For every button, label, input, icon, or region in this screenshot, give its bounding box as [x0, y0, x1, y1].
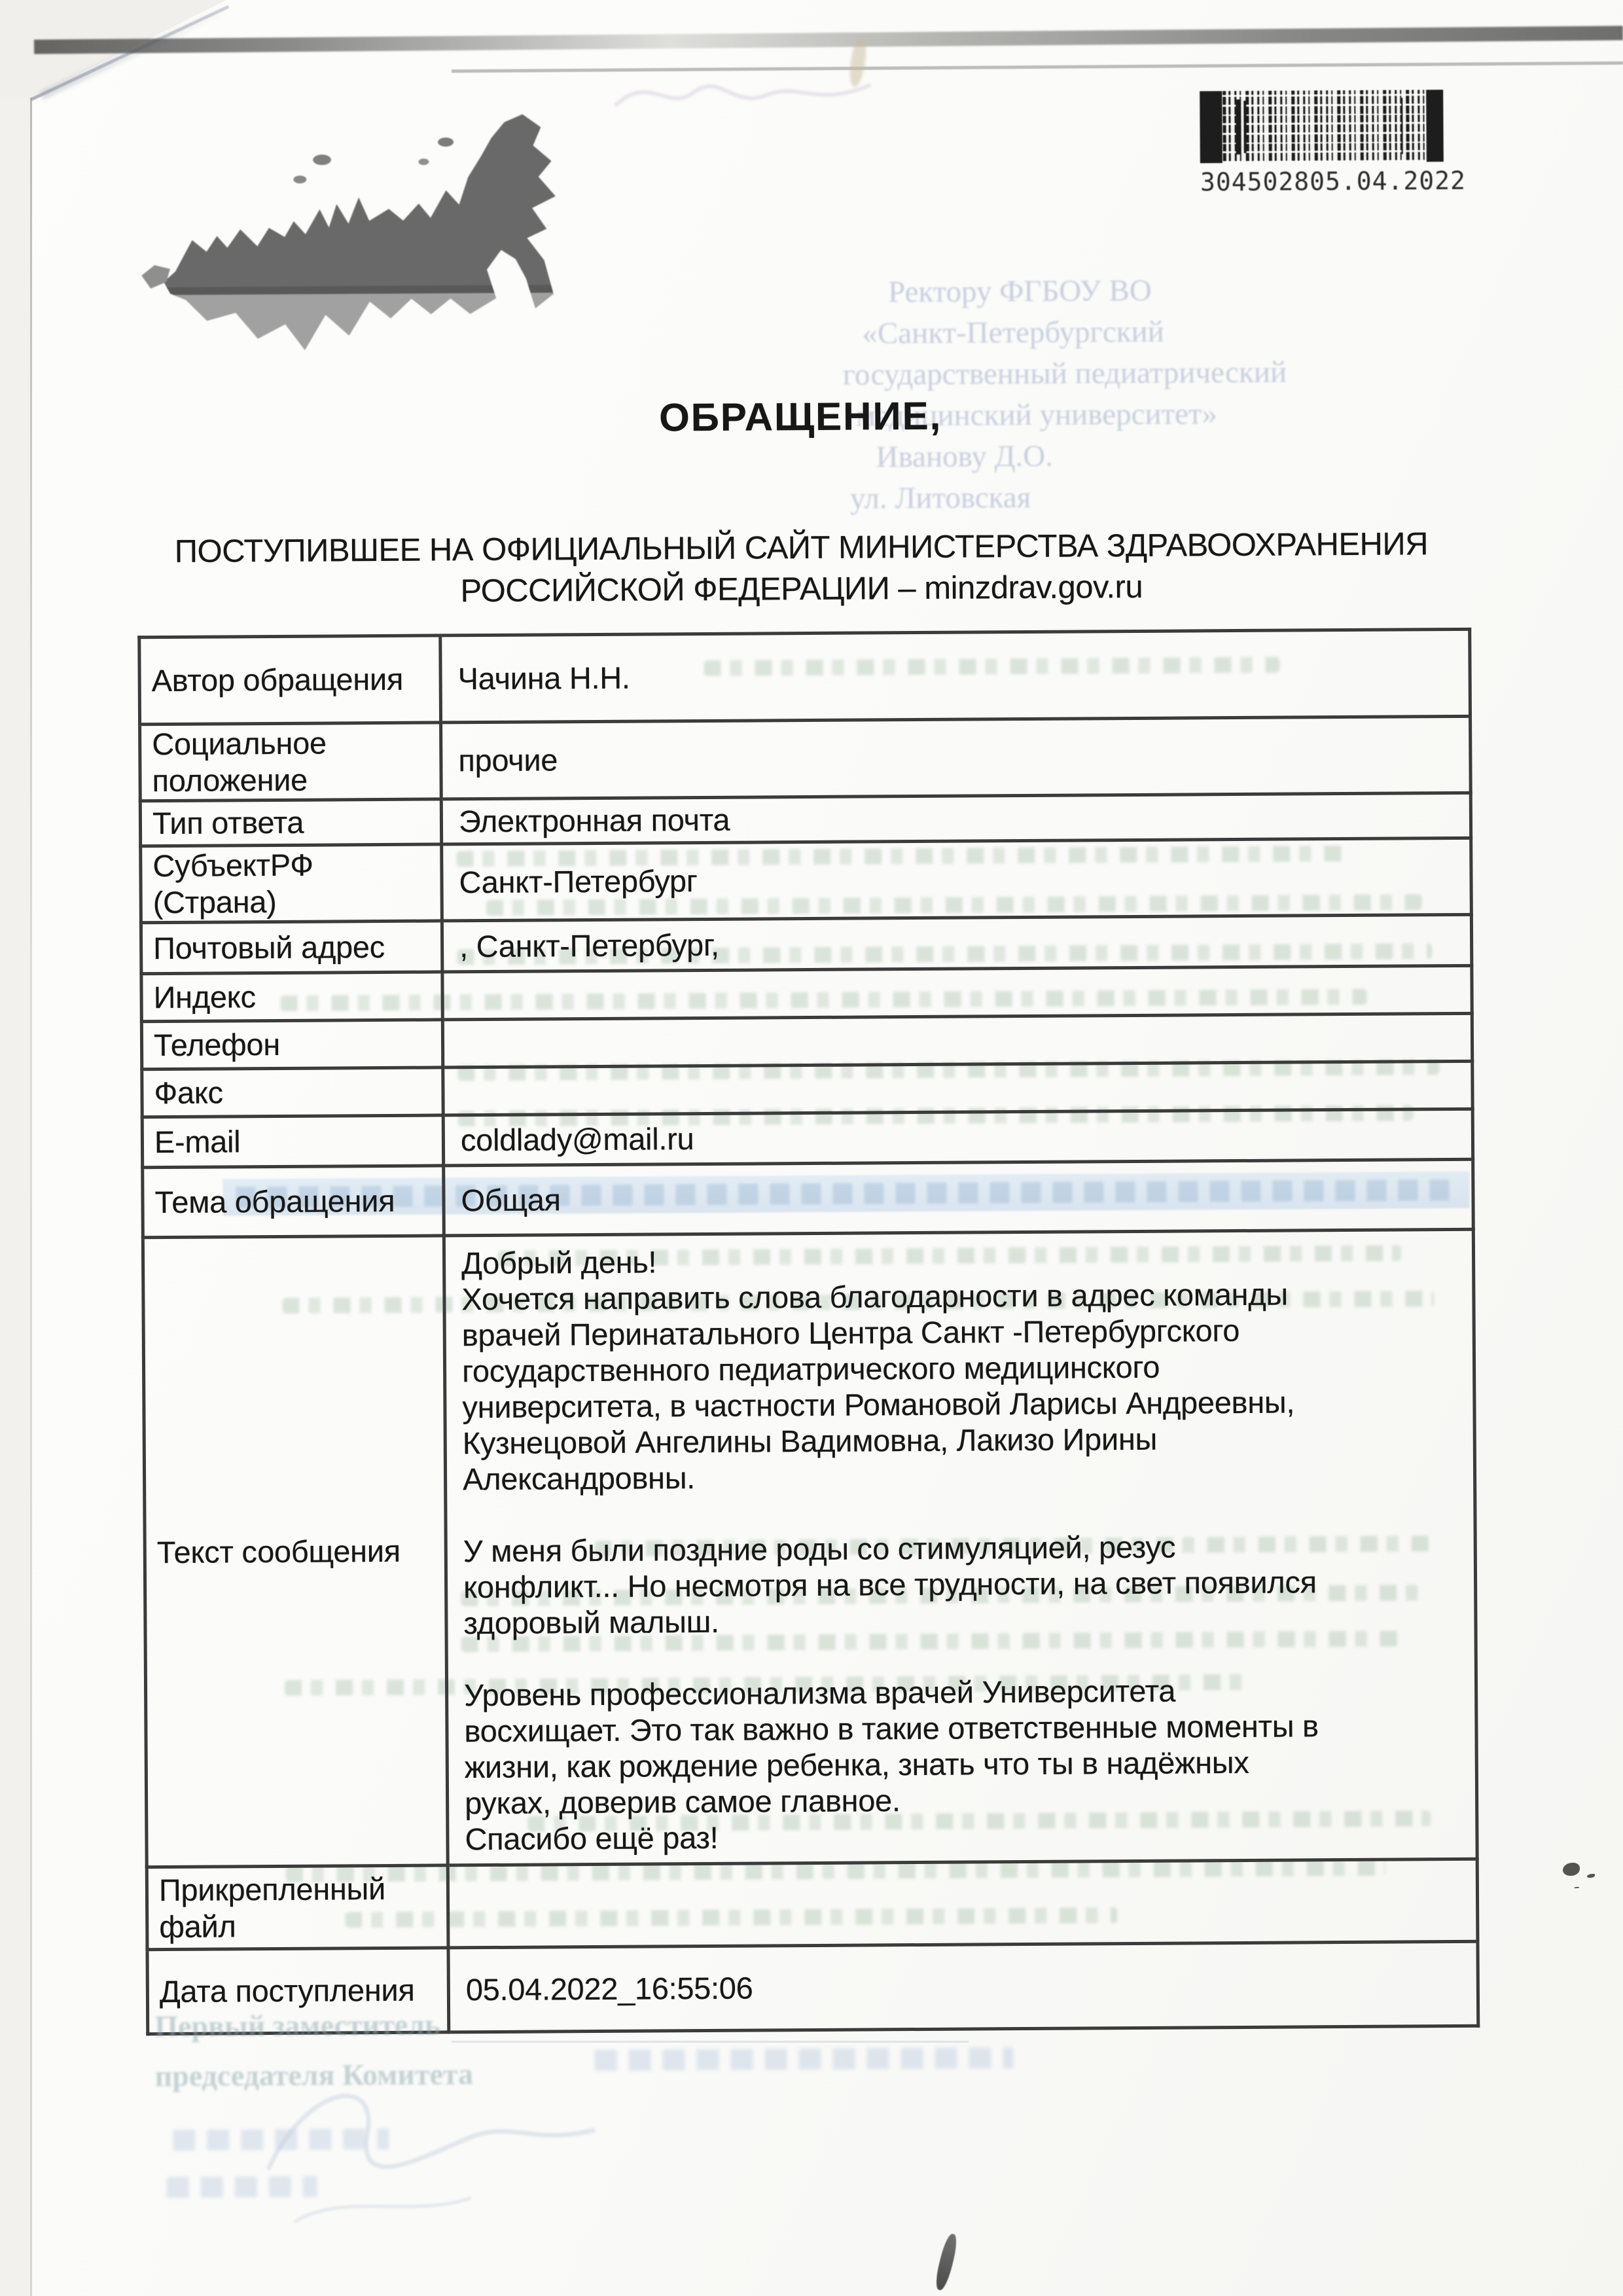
table-row: СубъектРФ (Страна) Санкт-Петербург [141, 838, 1472, 922]
barcode-number: 3045028 [1200, 167, 1310, 196]
barcode-date: 05.04.2022 [1310, 166, 1466, 196]
row-label: Факс [142, 1067, 443, 1117]
barcode-caption: 3045028 05.04.2022 [1200, 166, 1444, 196]
row-value: Санкт-Петербург [442, 838, 1472, 921]
barcode-image [1200, 90, 1444, 163]
row-label: Автор обращения [139, 636, 441, 725]
scan-artifact-faint-line [452, 2041, 969, 2043]
ghost-footer-line: Первый заместитель [154, 1998, 743, 2051]
table-row: E-mail coldlady@mail.ru [142, 1109, 1472, 1167]
page-subtitle: ПОСТУПИВШЕЕ НА ОФИЦИАЛЬНЫЙ САЙТ МИНИСТЕР… [137, 524, 1466, 614]
row-value: Чачина Н.Н. [440, 629, 1471, 723]
ghost-addressee-line: Ректору ФГБОУ ВО [842, 268, 1484, 314]
table-row: Автор обращения Чачина Н.Н. [139, 629, 1471, 724]
table-row: Социальное положение прочие [140, 716, 1471, 800]
row-value [448, 1859, 1478, 1948]
table-row: Тема обращения Общая [143, 1159, 1474, 1237]
row-label: Тема обращения [143, 1166, 444, 1238]
ghost-addressee-line: государственный педиатрический [843, 351, 1484, 396]
row-value [442, 1013, 1472, 1067]
row-value: , Санкт-Петербург, [442, 914, 1471, 972]
table-row: Прикрепленный файл [147, 1859, 1478, 1949]
row-label: Телефон [141, 1020, 442, 1069]
row-value: Общая [444, 1159, 1474, 1236]
ghost-addressee-line: Иванову Д.О. [843, 433, 1484, 478]
row-value: Электронная почта [441, 793, 1471, 844]
ghost-addressee-line: ул. Литовская [844, 475, 1485, 520]
row-value [442, 965, 1472, 1020]
table-row: Текст сообщения Добрый день! Хочется нап… [143, 1229, 1477, 1867]
table-row: Индекс [141, 965, 1472, 1021]
scan-artifact-bleed-word [594, 2047, 1013, 2071]
row-label: Тип ответа [140, 799, 441, 846]
row-value: прочие [441, 716, 1471, 799]
scan-artifact-handwriting-ghost [609, 45, 884, 126]
row-label: E-mail [142, 1115, 443, 1168]
row-value-message-text: Добрый день! Хочется направить слова бла… [444, 1229, 1477, 1865]
table-row: Факс [142, 1061, 1472, 1117]
russia-map-image [128, 98, 588, 414]
scan-artifact-signature-ghost [255, 2056, 622, 2255]
table-row: Тип ответа Электронная почта [140, 793, 1471, 846]
row-value [443, 1061, 1472, 1115]
ghost-addressee-line: «Санкт-Петербургский [842, 310, 1484, 355]
row-label: СубъектРФ (Страна) [141, 844, 442, 923]
document-content: 3045028 05.04.2022 Ректору ФГБОУ ВО «Сан… [0, 0, 1623, 2296]
row-label: Социальное положение [140, 723, 442, 801]
row-label: Почтовый адрес [141, 921, 442, 974]
row-value: coldlady@mail.ru [443, 1109, 1472, 1166]
appeal-table: Автор обращения Чачина Н.Н. Социальное п… [137, 628, 1480, 2036]
table-row: Телефон [141, 1013, 1472, 1069]
row-label: Прикрепленный файл [147, 1865, 448, 1950]
page-title: ОБРАЩЕНИЕ, [136, 390, 1465, 443]
scanned-document-page: 3045028 05.04.2022 Ректору ФГБОУ ВО «Сан… [0, 0, 1623, 2296]
row-label: Индекс [141, 972, 442, 1022]
row-label: Текст сообщения [143, 1236, 448, 1867]
table-row: Почтовый адрес , Санкт-Петербург, [141, 914, 1471, 973]
